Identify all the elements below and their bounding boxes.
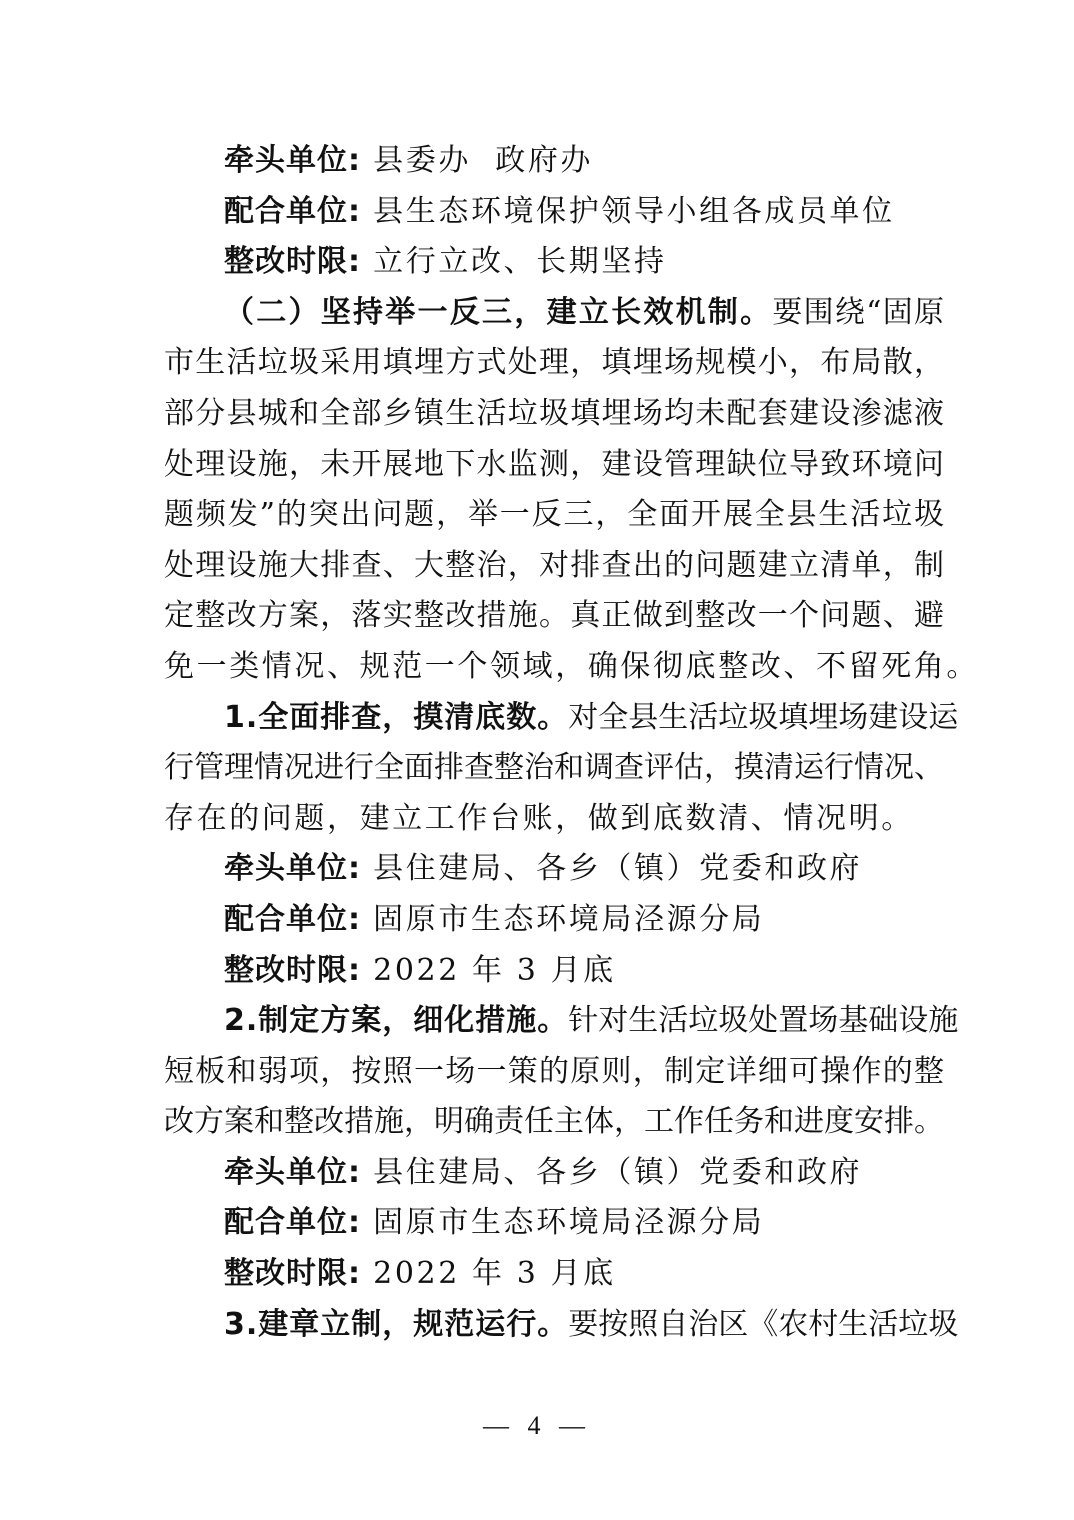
item-heading-line: 1.全面排查，摸清底数。对全县生活垃圾填埋场建设运 (164, 693, 944, 744)
section-heading: （二）坚持举一反三，建立长效机制。 (224, 295, 772, 330)
coop-unit-line: 配合单位: 固原市生态环境局泾源分局 (164, 895, 944, 946)
lead-unit-label: 牵头单位: (224, 1155, 361, 1190)
section-heading-line: （二）坚持举一反三，建立长效机制。要围绕“固原 (164, 288, 944, 339)
coop-unit-value: 固原市生态环境局泾源分局 (373, 1205, 764, 1240)
document-page: 牵头单位: 县委办 政府办 配合单位: 县生态环境保护领导小组各成员单位 整改时… (164, 136, 944, 1350)
deadline-value: 2022 年 3 月底 (373, 1256, 616, 1291)
paragraph-line: 部分县城和全部乡镇生活垃圾填埋场均未配套建设渗滤液 (164, 389, 944, 440)
paragraph-text: 对全县生活垃圾填埋场建设运 (568, 700, 958, 735)
paragraph-line: 处理设施，未开展地下水监测，建设管理缺位导致环境问 (164, 440, 944, 491)
paragraph-text: 针对生活垃圾处置场基础设施 (568, 1003, 958, 1038)
lead-unit-value: 县住建局、各乡（镇）党委和政府 (373, 851, 862, 886)
deadline-line: 整改时限: 2022 年 3 月底 (164, 1249, 944, 1300)
item-heading: 2.制定方案，细化措施。 (224, 1003, 568, 1038)
coop-unit-line: 配合单位: 固原市生态环境局泾源分局 (164, 1198, 944, 1249)
lead-unit-label: 牵头单位: (224, 851, 361, 886)
lead-unit-value: 县委办 政府办 (373, 143, 593, 178)
lead-unit-line: 牵头单位: 县住建局、各乡（镇）党委和政府 (164, 844, 944, 895)
paragraph-line: 改方案和整改措施，明确责任主体，工作任务和进度安排。 (164, 1097, 944, 1148)
deadline-line: 整改时限: 立行立改、长期坚持 (164, 237, 944, 288)
deadline-label: 整改时限: (224, 953, 361, 988)
coop-unit-value: 固原市生态环境局泾源分局 (373, 902, 764, 937)
deadline-value: 立行立改、长期坚持 (373, 244, 666, 279)
page-number: — 4 — (0, 1411, 1074, 1441)
coop-unit-value: 县生态环境保护领导小组各成员单位 (373, 194, 895, 229)
deadline-value: 2022 年 3 月底 (373, 953, 616, 988)
paragraph-line: 定整改方案，落实整改措施。真正做到整改一个问题、避 (164, 591, 944, 642)
paragraph-line: 行管理情况进行全面排查整治和调查评估，摸清运行情况、 (164, 743, 944, 794)
paragraph-text: 要按照自治区《农村生活垃圾 (568, 1307, 958, 1342)
paragraph-line: 市生活垃圾采用填埋方式处理，填埋场规模小，布局散， (164, 338, 944, 389)
paragraph-text: 要围绕“固原 (772, 295, 944, 330)
coop-unit-line: 配合单位: 县生态环境保护领导小组各成员单位 (164, 187, 944, 238)
lead-unit-label: 牵头单位: (224, 143, 361, 178)
item-heading: 1.全面排查，摸清底数。 (224, 700, 568, 735)
paragraph-line: 短板和弱项，按照一场一策的原则，制定详细可操作的整 (164, 1047, 944, 1098)
paragraph-line: 题频发”的突出问题，举一反三，全面开展全县生活垃圾 (164, 490, 944, 541)
coop-unit-label: 配合单位: (224, 1205, 361, 1240)
deadline-label: 整改时限: (224, 244, 361, 279)
deadline-line: 整改时限: 2022 年 3 月底 (164, 946, 944, 997)
paragraph-line: 处理设施大排查、大整治，对排查出的问题建立清单，制 (164, 541, 944, 592)
lead-unit-line: 牵头单位: 县住建局、各乡（镇）党委和政府 (164, 1148, 944, 1199)
coop-unit-label: 配合单位: (224, 902, 361, 937)
item-heading: 3.建章立制，规范运行。 (224, 1307, 568, 1342)
item-heading-line: 2.制定方案，细化措施。针对生活垃圾处置场基础设施 (164, 996, 944, 1047)
deadline-label: 整改时限: (224, 1256, 361, 1291)
paragraph-line: 存在的问题，建立工作台账，做到底数清、情况明。 (164, 794, 944, 845)
coop-unit-label: 配合单位: (224, 194, 361, 229)
paragraph-line: 免一类情况、规范一个领域，确保彻底整改、不留死角。 (164, 642, 944, 693)
lead-unit-value: 县住建局、各乡（镇）党委和政府 (373, 1155, 862, 1190)
item-heading-line: 3.建章立制，规范运行。要按照自治区《农村生活垃圾 (164, 1300, 944, 1351)
lead-unit-line: 牵头单位: 县委办 政府办 (164, 136, 944, 187)
